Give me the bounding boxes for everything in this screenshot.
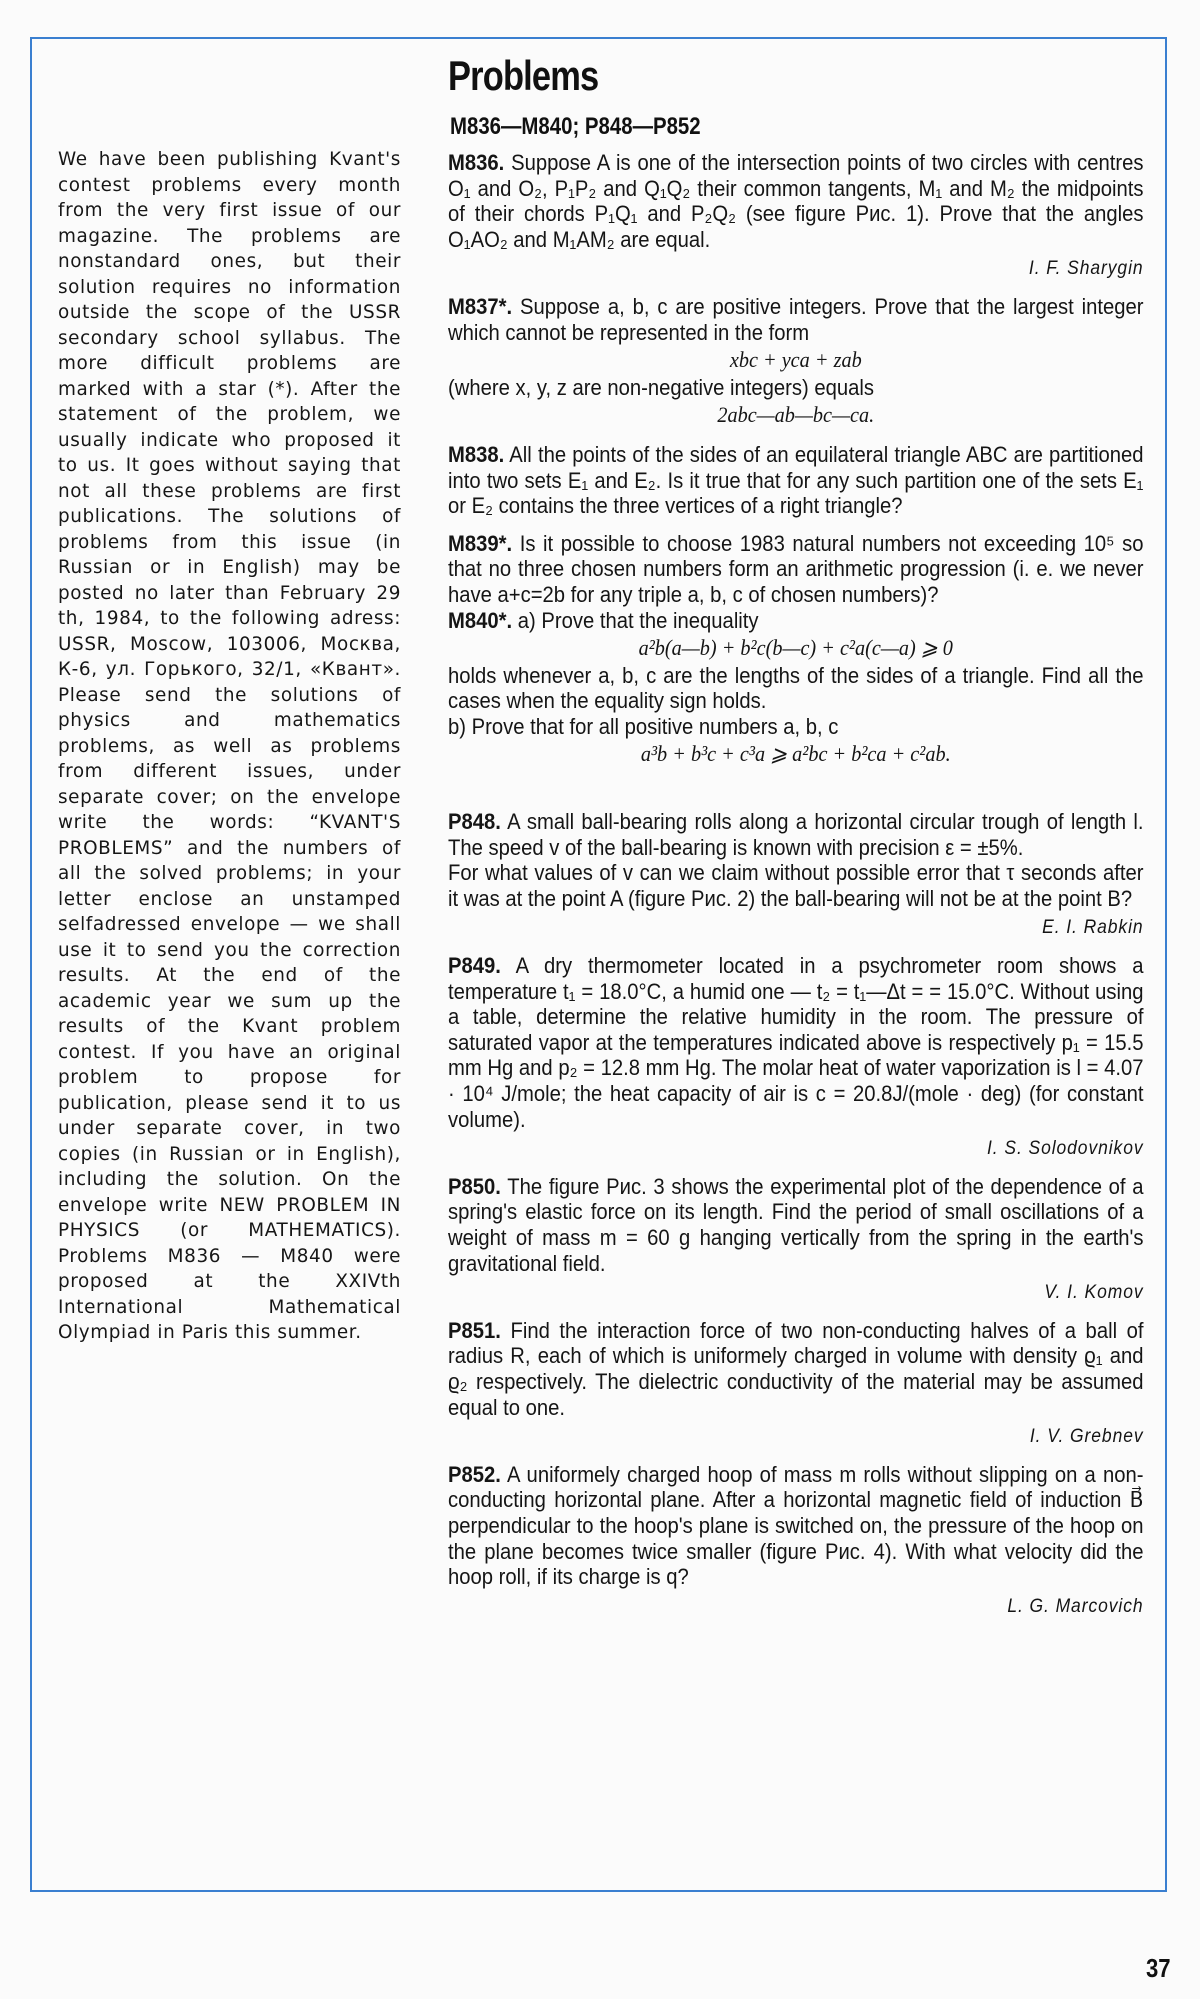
problem-author: E. I. Rabkin [448, 915, 1144, 941]
problem-p849: P849. A dry thermometer located in a psy… [448, 953, 1144, 1162]
problem-author: L. G. Marcovich [448, 1594, 1144, 1620]
problem-m840: M840*. a) Prove that the inequality a²b(… [448, 608, 1144, 768]
problem-m836: M836. Suppose A is one of the intersecti… [448, 150, 1144, 282]
problems-column: M836. Suppose A is one of the intersecti… [448, 150, 1144, 1619]
problem-p850: P850. The figure Рис. 3 shows the experi… [448, 1174, 1144, 1306]
problem-formula: a²b(a—b) + b²c(b—c) + c²a(c—a) ⩾ 0 [448, 635, 1144, 661]
problem-author: I. F. Sharygin [448, 256, 1144, 282]
intro-column: We have been publishing Kvant's contest … [58, 147, 401, 1346]
page-title: Problems [448, 52, 598, 100]
problem-author: I. S. Solodovnikov [448, 1136, 1144, 1162]
problem-id: P852. [448, 1462, 501, 1487]
problem-id: M839*. [448, 531, 512, 556]
problem-text: Suppose A is one of the intersection poi… [448, 150, 1144, 252]
problem-m837: M837*. Suppose a, b, c are positive inte… [448, 294, 1144, 428]
problem-p851: P851. Find the interaction force of two … [448, 1318, 1144, 1450]
problem-text: The figure Рис. 3 shows the experimental… [448, 1174, 1144, 1276]
problem-p852: P852. A uniformely charged hoop of mass … [448, 1462, 1144, 1620]
problem-id: M837*. [448, 294, 512, 319]
problem-formula-2: 2abc—ab—bc—ca. [448, 402, 1144, 428]
problem-text: Is it possible to choose 1983 natural nu… [448, 531, 1144, 607]
problem-id: M838. [448, 442, 504, 467]
problem-formula-2: a³b + b³c + c³a ⩾ a²bc + b²ca + c²ab. [448, 741, 1144, 767]
problem-text: Suppose a, b, c are positive integers. P… [448, 294, 1144, 345]
problem-p848: P848. A small ball-bearing rolls along a… [448, 809, 1144, 941]
problem-text: Find the interaction force of two non-co… [448, 1318, 1144, 1420]
problem-text: A uniformely charged hoop of mass m roll… [448, 1462, 1144, 1589]
problem-text-2: For what values of v can we claim withou… [448, 860, 1144, 911]
problem-text-3: b) Prove that for all positive numbers a… [448, 714, 1144, 740]
problem-id: M840*. [448, 608, 512, 633]
problem-text: All the points of the sides of an equila… [448, 442, 1144, 518]
problem-text: A small ball-bearing rolls along a horiz… [448, 809, 1144, 860]
problem-author: I. V. Grebnev [448, 1424, 1144, 1450]
page-number: 37 [1146, 1953, 1171, 1984]
problem-formula: xbc + yca + zab [448, 347, 1144, 373]
problem-m838: M838. All the points of the sides of an … [448, 442, 1144, 519]
problem-id: P848. [448, 809, 501, 834]
problem-text-2: holds whenever a, b, c are the lengths o… [448, 663, 1144, 714]
intro-text: We have been publishing Kvant's contest … [58, 147, 401, 1346]
problem-id: P850. [448, 1174, 501, 1199]
problem-id: P851. [448, 1318, 501, 1343]
page-subtitle: M836—M840; P848—P852 [450, 113, 701, 141]
problem-id: P849. [448, 953, 501, 978]
problem-m839: M839*. Is it possible to choose 1983 nat… [448, 531, 1144, 608]
problem-text: a) Prove that the inequality [518, 608, 759, 633]
problem-text-2: (where x, y, z are non-negative integers… [448, 375, 1144, 401]
problem-author: V. I. Komov [448, 1280, 1144, 1306]
problem-text: A dry thermometer located in a psychrome… [448, 953, 1144, 1132]
problem-id: M836. [448, 150, 504, 175]
